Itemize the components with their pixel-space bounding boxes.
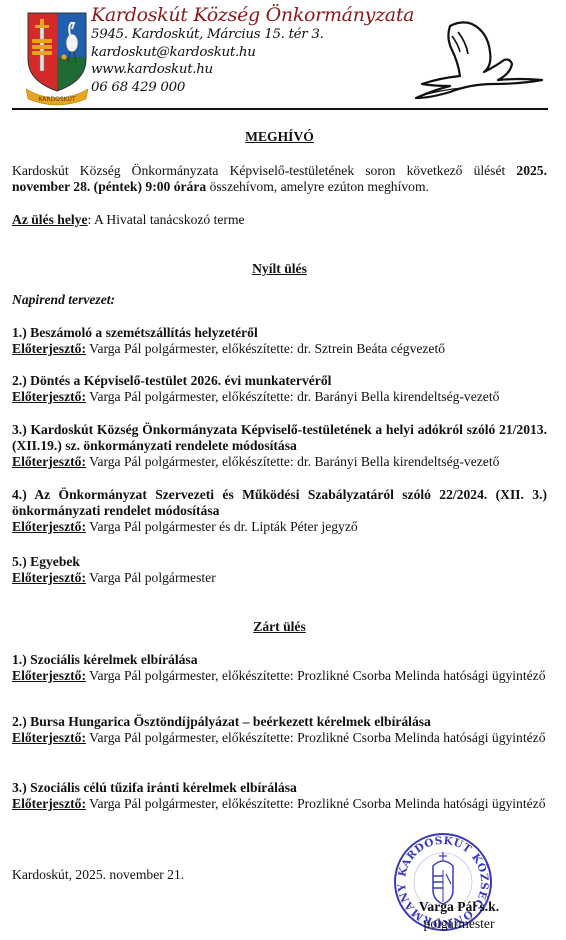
presenter-text: Varga Pál polgármester, előkészítette: d… [86,389,499,404]
presenter-label: Előterjesztő: [12,341,86,356]
presenter-text: Varga Pál polgármester, előkészítette: P… [86,796,546,811]
presenter-label: Előterjesztő: [12,389,86,404]
letterhead: KARDOSKÚT Kardoskút Község Önkormányzata… [0,0,566,115]
presenter-text: Varga Pál polgármester, előkészítette: P… [86,668,546,683]
open-session-heading: Nyílt ülés [12,261,547,277]
presenter-text: Varga Pál polgármester, előkészítette: d… [86,341,445,356]
signature-block: Varga Pál s.k. polgármester [404,898,514,932]
presenter-label: Előterjesztő: [12,570,86,585]
closed-agenda-item: 3.) Szociális célú tűzifa iránti kérelme… [12,780,547,812]
intro-text: Kardoskút Község Önkormányzata Képviselő… [12,163,516,178]
coat-of-arms-icon: KARDOSKÚT [24,7,90,107]
agenda-item-presenter: Előterjesztő: Varga Pál polgármester, el… [12,796,547,812]
agenda-item-title: 4.) Az Önkormányzat Szervezeti és Működé… [12,487,547,519]
agenda-item-title: 2.) Bursa Hungarica Ösztöndíjpályázat – … [12,714,547,730]
agenda-item-presenter: Előterjesztő: Varga Pál polgármester, el… [12,668,547,684]
presenter-label: Előterjesztő: [12,796,86,811]
svg-text:KARDOSKÚT: KARDOSKÚT [38,96,75,103]
letterhead-divider [12,108,548,110]
open-agenda-item: 3.) Kardoskút Község Önkormányzata Képvi… [12,422,547,470]
agenda-item-title: 2.) Döntés a Képviselő-testület 2026. év… [12,373,547,389]
presenter-label: Előterjesztő: [12,730,86,745]
intro-paragraph: Kardoskút Község Önkormányzata Képviselő… [12,163,547,195]
presenter-label: Előterjesztő: [12,519,86,534]
email[interactable]: kardoskut@kardoskut.hu [91,44,414,62]
agenda-item-presenter: Előterjesztő: Varga Pál polgármester, el… [12,454,547,470]
agenda-item-presenter: Előterjesztő: Varga Pál polgármester [12,570,547,586]
signatory-name: Varga Pál s.k. [404,898,514,915]
presenter-label: Előterjesztő: [12,668,86,683]
signatory-role: polgármester [404,915,514,932]
organization-info: Kardoskút Község Önkormányzata 5945. Kar… [91,4,414,96]
presenter-text: Varga Pál polgármester [86,570,216,585]
address: 5945. Kardoskút, Március 15. tér 3. [91,26,414,44]
closed-session-heading: Zárt ülés [12,619,547,635]
venue-label: Az ülés helye [12,212,88,227]
open-agenda-item: 4.) Az Önkormányzat Szervezeti és Működé… [12,487,547,535]
organization-name: Kardoskút Község Önkormányzata [91,4,414,26]
closed-agenda-item: 1.) Szociális kérelmek elbírálása Előter… [12,652,547,684]
open-agenda-item: 5.) Egyebek Előterjesztő: Varga Pál polg… [12,554,547,586]
agenda-item-presenter: Előterjesztő: Varga Pál polgármester, el… [12,341,547,357]
agenda-label: Napirend tervezet: [12,292,547,308]
intro-text-end: összehívom, amelyre ezúton meghívom. [206,179,429,194]
presenter-text: Varga Pál polgármester, előkészítette: P… [86,730,546,745]
presenter-text: Varga Pál polgármester, előkészítette: d… [86,454,499,469]
agenda-label-text: Napirend tervezet: [12,292,115,307]
presenter-label: Előterjesztő: [12,454,86,469]
stork-logo-icon [410,18,550,100]
agenda-item-title: 5.) Egyebek [12,554,547,570]
venue-value: : A Hivatal tanácskozó terme [88,212,245,227]
agenda-item-title: 1.) Beszámoló a szemétszállítás helyzeté… [12,325,547,341]
agenda-item-title: 3.) Kardoskút Község Önkormányzata Képvi… [12,422,547,454]
document-title: MEGHÍVÓ [12,129,547,145]
venue: Az ülés helye: A Hivatal tanácskozó term… [12,212,547,228]
agenda-item-presenter: Előterjesztő: Varga Pál polgármester, el… [12,730,547,746]
presenter-text: Varga Pál polgármester és dr. Lipták Pét… [86,519,358,534]
agenda-item-presenter: Előterjesztő: Varga Pál polgármester és … [12,519,547,535]
agenda-item-title: 3.) Szociális célú tűzifa iránti kérelme… [12,780,547,796]
agenda-item-presenter: Előterjesztő: Varga Pál polgármester, el… [12,389,547,405]
closed-agenda-item: 2.) Bursa Hungarica Ösztöndíjpályázat – … [12,714,547,746]
phone: 06 68 429 000 [91,79,414,97]
open-agenda-item: 2.) Döntés a Képviselő-testület 2026. év… [12,373,547,405]
agenda-item-title: 1.) Szociális kérelmek elbírálása [12,652,547,668]
website[interactable]: www.kardoskut.hu [91,61,414,79]
open-agenda-item: 1.) Beszámoló a szemétszállítás helyzeté… [12,325,547,357]
